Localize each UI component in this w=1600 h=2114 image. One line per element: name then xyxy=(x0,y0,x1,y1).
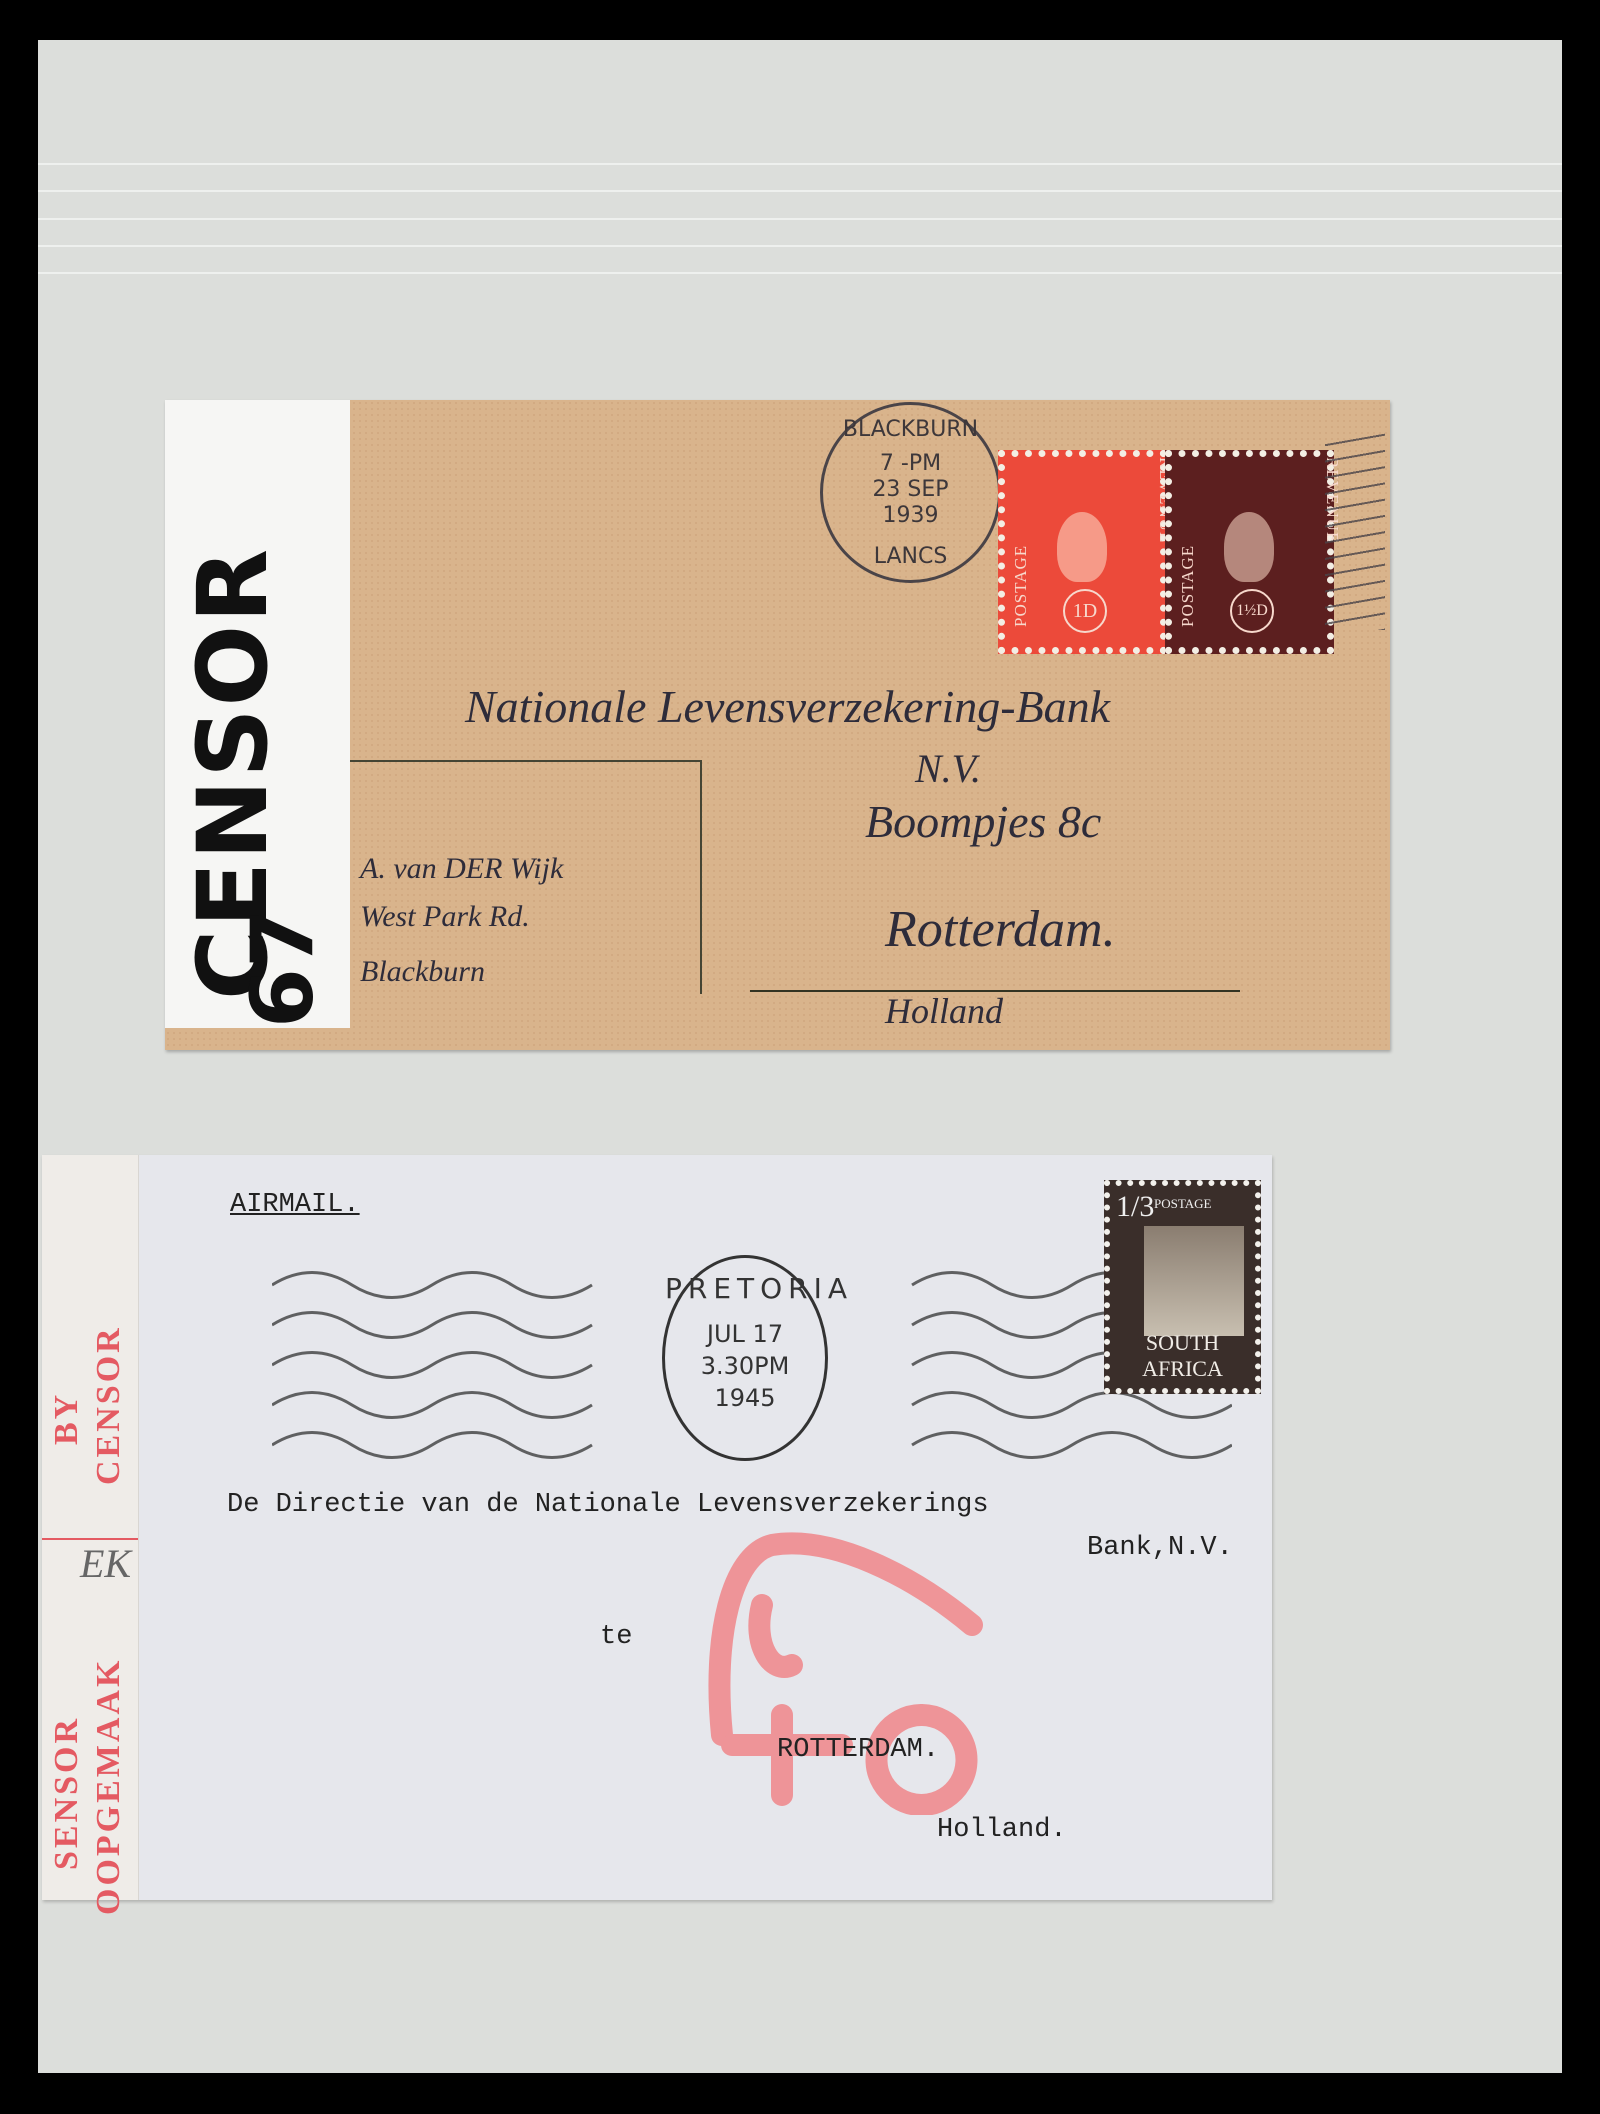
airmail-label: AIRMAIL. xyxy=(230,1190,360,1220)
album-strip-line xyxy=(38,163,1562,165)
censor-label-strip: CENSOR 67 xyxy=(165,400,350,1028)
stamp-south-africa-1-3: 1/3 POSTAGE SOUTH AFRICA xyxy=(1104,1180,1261,1394)
album-strip-line xyxy=(38,245,1562,247)
king-portrait-icon xyxy=(1057,512,1107,582)
address-line: Holland xyxy=(885,990,1003,1032)
address-line: Holland. xyxy=(937,1815,1067,1845)
censor-label-strip: BY CENSOR SENSOR OOPGEMAAK EK xyxy=(42,1155,139,1900)
address-line: Rotterdam. xyxy=(885,900,1116,959)
album-strip-line xyxy=(38,190,1562,192)
postmark-blackburn: BLACKBURN 7 -PM 23 SEP 1939 LANCS xyxy=(820,402,1001,583)
red-crayon-censor-mark xyxy=(692,1515,1022,1815)
address-line: ROTTERDAM. xyxy=(777,1735,939,1765)
stamp-1-half-d-brown: POSTAGE REVENUE 1½D xyxy=(1165,450,1334,654)
sender-line: West Park Rd. xyxy=(360,900,530,934)
address-line: De Directie van de Nationale Levensverze… xyxy=(227,1490,989,1520)
sender-line: Blackburn xyxy=(360,955,485,989)
king-portrait-icon xyxy=(1224,512,1274,582)
postmark-pretoria: PRETORIA JUL 17 3.30PM 1945 xyxy=(662,1255,828,1461)
sender-line: A. van DER Wijk xyxy=(360,852,563,886)
censor-number: 67 xyxy=(233,908,333,1028)
cover-1945-pretoria: BY CENSOR SENSOR OOPGEMAAK EK AIRMAIL. P… xyxy=(42,1155,1272,1900)
address-line: Boompjes 8c xyxy=(865,795,1101,848)
address-line: N.V. xyxy=(915,745,981,792)
address-line: te xyxy=(600,1622,632,1652)
machine-cancel-lines xyxy=(1325,430,1385,630)
cover-1939-blackburn: CENSOR 67 BLACKBURN 7 -PM 23 SEP 1939 LA… xyxy=(165,400,1390,1050)
album-strip-line xyxy=(38,218,1562,220)
soldier-scene-icon xyxy=(1144,1226,1244,1336)
address-line: Nationale Levensverzekering-Bank xyxy=(465,680,1110,733)
address-line: Bank,N.V. xyxy=(1087,1533,1233,1563)
stamp-1d-red: POSTAGE REVENUE 1D xyxy=(998,450,1167,654)
album-strip-line xyxy=(38,272,1562,274)
censor-pencil-initials: EK xyxy=(80,1540,131,1587)
address-underline xyxy=(750,990,1240,992)
